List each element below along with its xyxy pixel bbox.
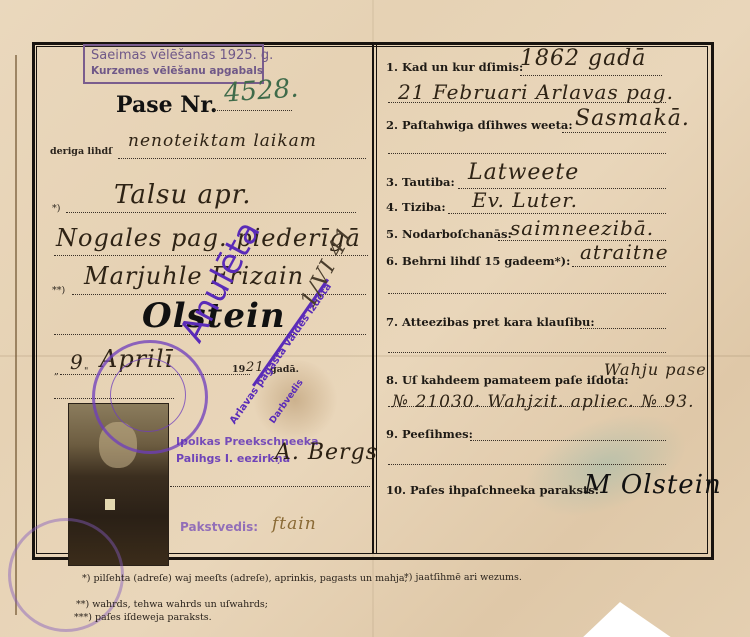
field-5-value: saimneezibā. — [510, 216, 654, 240]
address-footnote-marker: *) — [52, 203, 60, 214]
footnote-2: **) wahrds, tehwa wahrds un uſwahrds; — [76, 599, 268, 610]
address-line2: Nogales pag. piederīgā — [56, 224, 361, 252]
date-year-prefix: 19 — [232, 364, 245, 375]
photo-badge — [105, 499, 115, 510]
field-9-label: 9. Peeſihmes: — [386, 427, 473, 441]
column-divider-thin — [376, 45, 377, 553]
dotted-line — [580, 328, 666, 329]
owner-signature: M Olstein — [584, 470, 722, 500]
valid-until-label: deriga lihdſ — [50, 146, 112, 157]
field-4-label: 4. Tiziba: — [386, 200, 446, 214]
date-quote-close: " — [84, 366, 88, 377]
field-2-value: Sasmakā. — [575, 106, 690, 131]
field-8-label: 8. Uſ kahdeem pamateem paſe iſdota: — [386, 373, 629, 387]
field-2-label: 2. Paſtahwiga dſihwes weeta: — [386, 118, 573, 132]
dotted-line — [388, 464, 666, 465]
election-stamp-line2: Kurzemes vēlēšanu apgabals — [91, 65, 263, 77]
dotted-line — [388, 293, 666, 294]
police-stamp-line2: Palihgs I. eezirkņa — [176, 452, 290, 465]
dotted-line — [170, 486, 370, 487]
footnote-right: *) jaatſihmē ari wezums. — [404, 572, 522, 583]
dotted-line — [572, 266, 666, 267]
field-5-label: 5. Nodarboſchanās: — [386, 227, 512, 241]
round-official-stamp-inner — [110, 358, 186, 432]
chief-signature: A. Bergs — [275, 440, 378, 465]
name-footnote-marker: **) — [52, 285, 65, 296]
footnote-1: *) pilſehta (adreſe) waj meeſts (adreſe)… — [82, 573, 408, 584]
field-7-label: 7. Atteezibas pret kara klauſibu: — [386, 315, 595, 329]
field-4-value: Ev. Luter. — [472, 188, 578, 212]
date-quote-open: „ — [54, 366, 59, 377]
field-3-value: Latweete — [468, 160, 579, 185]
passport-title: Pase Nr. — [116, 92, 218, 118]
dotted-line — [448, 213, 666, 214]
dotted-line — [118, 158, 366, 159]
dotted-line — [214, 110, 292, 111]
paper-edge-shadow — [15, 55, 17, 615]
dotted-line — [66, 212, 356, 213]
field-1-label: 1. Kad un kur dſimis: — [386, 60, 523, 74]
footnote-3: ***) paſes iſdeweja paraksts. — [74, 612, 212, 623]
field-1-value2: 21 Februari Arlavas pag. — [398, 80, 674, 104]
field-10-label: 10. Paſes ihpaſchneeka paraksts: — [386, 483, 599, 497]
address-line1: Talsu apr. — [114, 180, 251, 210]
dotted-line — [520, 75, 662, 76]
dotted-line — [562, 132, 666, 133]
issuer-signature-label: Pakstvedis: — [180, 520, 258, 534]
dotted-line — [388, 406, 666, 407]
field-8-value: Wahju pase — [604, 360, 707, 379]
field-3-label: 3. Tautiba: — [386, 175, 455, 189]
torn-corner — [580, 602, 675, 637]
dotted-line — [388, 102, 666, 103]
passport-number: 4528. — [223, 73, 299, 108]
valid-until-value: nenoteiktam laikam — [128, 131, 317, 151]
election-stamp-line1: Saeimas vēlēšanas 1925. g. — [91, 48, 273, 63]
field-6-value: atraitne — [580, 240, 669, 264]
field-1-value: 1862 gadā — [520, 46, 646, 71]
dotted-line — [388, 352, 666, 353]
date-day: 9 — [70, 350, 84, 374]
field-6-label: 6. Behrni lihdſ 15 gadeem*): — [386, 254, 570, 268]
dotted-line — [388, 153, 666, 154]
field-8-value2: № 21030. Wahjzit. apliec. № 93. — [392, 392, 695, 412]
issuer-signature: ftain — [272, 514, 317, 534]
column-divider — [372, 45, 374, 553]
dotted-line — [470, 440, 666, 441]
